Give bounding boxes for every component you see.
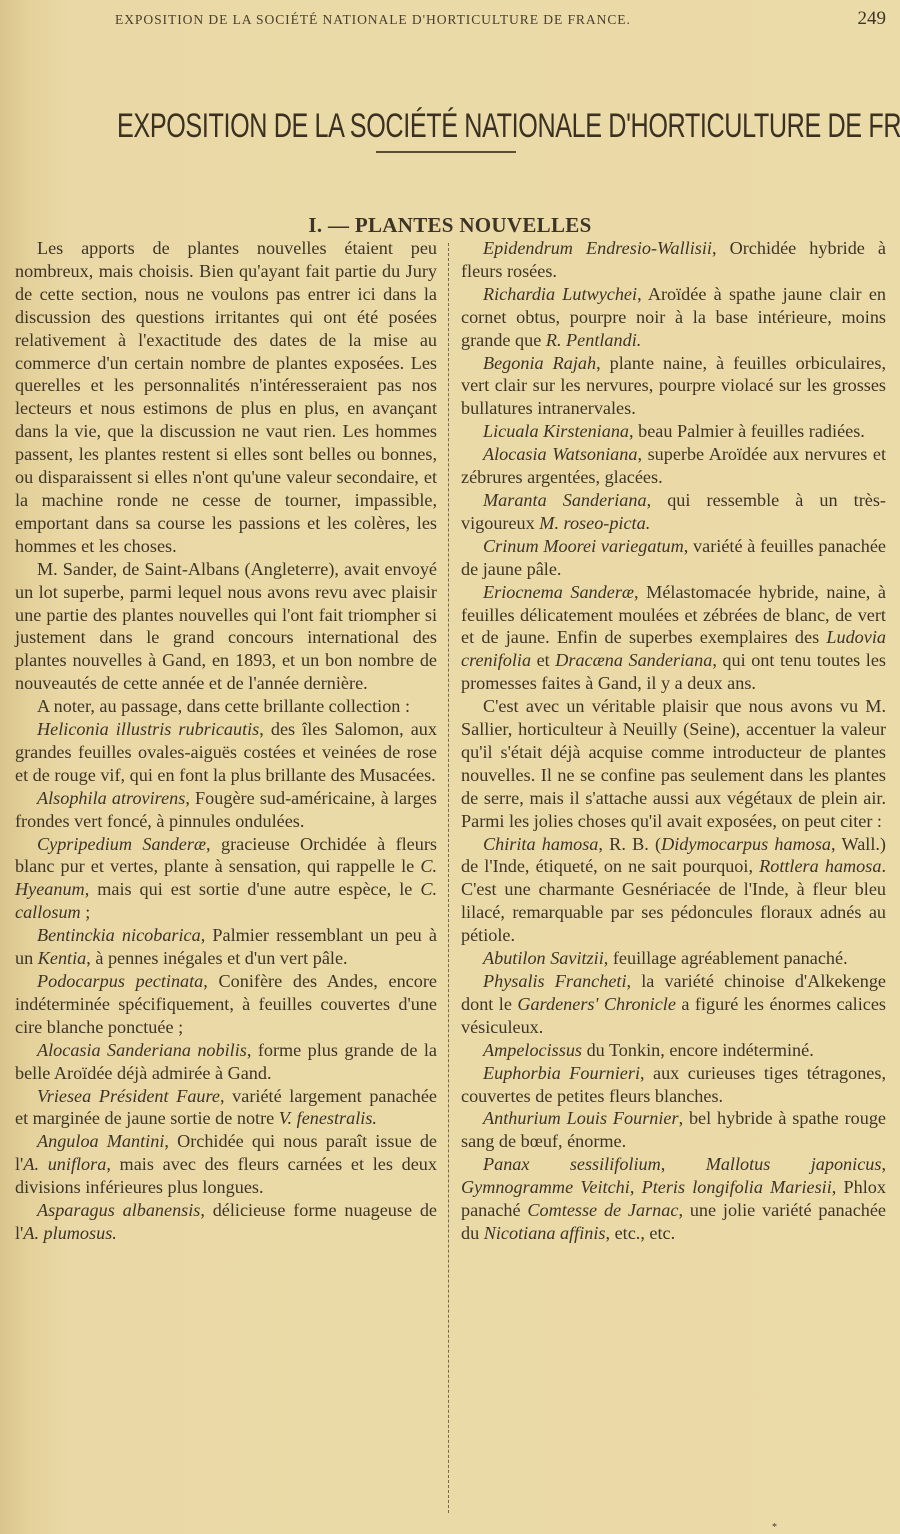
paragraph: Alocasia Sanderiana nobilis, forme plus … bbox=[15, 1039, 437, 1085]
species-name: Alocasia Watsoniana bbox=[483, 444, 637, 464]
species-name: Richardia Lutwychei bbox=[483, 284, 637, 304]
title-divider bbox=[376, 151, 516, 153]
species-name: Bentinckia nicobarica bbox=[37, 925, 201, 945]
paragraph: Ampelocissus du Tonkin, encore indéter­m… bbox=[461, 1039, 886, 1062]
species-name: Vriesea Président Faure bbox=[37, 1086, 220, 1106]
paragraph: Alsophila atrovirens, Fougère sud-améri­… bbox=[15, 787, 437, 833]
paragraph: M. Sander, de Saint-Albans (Angleterre),… bbox=[15, 558, 437, 695]
paragraph: Asparagus albanensis, délicieuse forme n… bbox=[15, 1199, 437, 1245]
species-name: Pteris longifolia Mariesii bbox=[642, 1177, 832, 1197]
species-name: Dracæna Sanderiana bbox=[555, 650, 712, 670]
species-name: Comtesse de Jarnac bbox=[527, 1200, 678, 1220]
species-name: Panax sessilifolium bbox=[483, 1154, 661, 1174]
left-column: Les apports de plantes nouvelles étaient… bbox=[15, 237, 437, 1245]
running-head: EXPOSITION DE LA SOCIÉTÉ NATIONALE D'HOR… bbox=[0, 8, 900, 32]
paragraph: Abutilon Savitzii, feuillage agréablemen… bbox=[461, 947, 886, 970]
paragraph: Begonia Rajah, plante naine, à feuilles … bbox=[461, 352, 886, 421]
article-title: EXPOSITION DE LA SOCIÉTÉ NATIONALE D'HOR… bbox=[117, 107, 783, 146]
species-name: Epidendrum Endresio-Wallisii bbox=[483, 238, 712, 258]
species-name: Rottlera hamosa bbox=[759, 856, 881, 876]
running-head-title: EXPOSITION DE LA SOCIÉTÉ NATIONALE D'HOR… bbox=[115, 12, 631, 28]
paragraph: Les apports de plantes nouvelles étaient… bbox=[15, 237, 437, 558]
species-name: Chirita hamosa bbox=[483, 834, 598, 854]
species-name: Eriocnema Sanderæ bbox=[483, 582, 634, 602]
paragraph: Physalis Francheti, la variété chinoise … bbox=[461, 970, 886, 1039]
species-name: Asparagus albanensis bbox=[37, 1200, 200, 1220]
paragraph: Eriocnema Sanderæ, Mélastomacée hybride,… bbox=[461, 581, 886, 696]
species-name: V. fenestralis. bbox=[279, 1108, 377, 1128]
paragraph: Bentinckia nicobarica, Palmier ressembla… bbox=[15, 924, 437, 970]
paragraph: Crinum Moorei variegatum, variété à feui… bbox=[461, 535, 886, 581]
footer-mark: * bbox=[772, 1522, 777, 1533]
species-name: Didymocarpus hamosa bbox=[661, 834, 831, 854]
paragraph: Alocasia Watsoniana, superbe Aroïdée aux… bbox=[461, 443, 886, 489]
species-name: Alocasia Sanderiana nobilis bbox=[37, 1040, 247, 1060]
species-name: C. Hyeanum bbox=[15, 856, 437, 899]
paragraph: A noter, au passage, dans cette brillant… bbox=[15, 695, 437, 718]
paragraph: Euphorbia Fournieri, aux curieuses tiges… bbox=[461, 1062, 886, 1108]
species-name: Physalis Francheti bbox=[483, 971, 627, 991]
species-name: Abutilon Savitzii bbox=[483, 948, 604, 968]
paragraph: Cypripedium Sanderæ, gracieuse Orchidée … bbox=[15, 833, 437, 925]
paragraph: Epidendrum Endresio-Wallisii, Orchidée h… bbox=[461, 237, 886, 283]
paragraph: Maranta Sanderiana, qui ressemble à un t… bbox=[461, 489, 886, 535]
paragraph: Podocarpus pectinata, Conifère des Andes… bbox=[15, 970, 437, 1039]
species-name: Heliconia illustris rubricautis bbox=[37, 719, 259, 739]
species-name: Mallotus japonicus bbox=[706, 1154, 882, 1174]
species-name: R. Pent­landi. bbox=[546, 330, 641, 350]
paragraph: Licuala Kirsteniana, beau Palmier à feui… bbox=[461, 420, 886, 443]
right-column: Epidendrum Endresio-Wallisii, Orchidée h… bbox=[461, 237, 886, 1245]
paragraph: Chirita hamosa, R. B. (Didymocarpus hamo… bbox=[461, 833, 886, 948]
paragraph: Richardia Lutwychei, Aroïdée à spathe ja… bbox=[461, 283, 886, 352]
species-name: Podocarpus pectinata bbox=[37, 971, 203, 991]
paragraph: Anthurium Louis Fournier, bel hybride à … bbox=[461, 1107, 886, 1153]
species-name: Cypripedium Sanderæ bbox=[37, 834, 206, 854]
paragraph: Heliconia illustris rubricautis, des île… bbox=[15, 718, 437, 787]
species-name: Nicotiana affinis bbox=[484, 1223, 606, 1243]
species-name: Anthurium Louis Fournier bbox=[483, 1108, 679, 1128]
section-heading: I. — PLANTES NOUVELLES bbox=[0, 213, 900, 238]
species-name: Kentia bbox=[38, 948, 87, 968]
species-name: Gymnogramme Veitchi bbox=[461, 1177, 630, 1197]
paragraph: C'est avec un véritable plaisir que nous… bbox=[461, 695, 886, 832]
species-name: Alsophila atrovirens bbox=[37, 788, 185, 808]
species-name: Licuala Kirsteniana bbox=[483, 421, 629, 441]
species-name: Ampelocissus bbox=[483, 1040, 582, 1060]
page-number: 249 bbox=[858, 8, 887, 30]
paragraph: Panax sessilifolium, Mallotus japonicus,… bbox=[461, 1153, 886, 1245]
species-name: Anguloa Mantini bbox=[37, 1131, 164, 1151]
species-name: Maranta Sanderiana bbox=[483, 490, 647, 510]
species-name: Crinum Moorei variegatum bbox=[483, 536, 684, 556]
species-name: M. roseo-picta. bbox=[539, 513, 650, 533]
species-name: Euphorbia Fournieri bbox=[483, 1063, 640, 1083]
species-name: Begonia Rajah bbox=[483, 353, 596, 373]
species-name: A. uniflora bbox=[23, 1154, 106, 1174]
column-divider bbox=[448, 243, 450, 1513]
paragraph: Vriesea Président Faure, variété largeme… bbox=[15, 1085, 437, 1131]
species-name: A. plumosus. bbox=[23, 1223, 116, 1243]
species-name: Gardeners' Chronicle bbox=[517, 994, 676, 1014]
paragraph: Anguloa Mantini, Orchidée qui nous paraî… bbox=[15, 1130, 437, 1199]
